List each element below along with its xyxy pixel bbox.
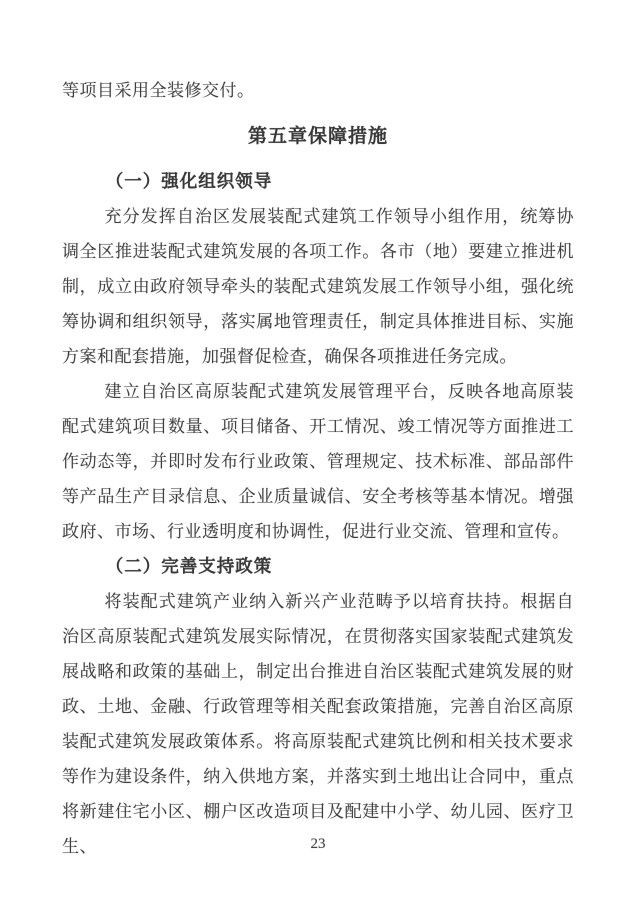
document-body: 等项目采用全装修交付。 第五章保障措施 （一）强化组织领导 充分发挥自治区发展装…	[62, 73, 574, 864]
continuation-line: 等项目采用全装修交付。	[62, 73, 574, 108]
section-heading-1: （一）强化组织领导	[62, 164, 574, 199]
section-heading-2: （二）完善支持政策	[62, 549, 574, 584]
page-number: 23	[0, 827, 636, 862]
chapter-title: 第五章保障措施	[62, 119, 574, 154]
paragraph-organization-1: 充分发挥自治区发展装配式建筑工作领导小组作用，统筹协调全区推进装配式建筑发展的各…	[62, 199, 574, 374]
document-page: 等项目采用全装修交付。 第五章保障措施 （一）强化组织领导 充分发挥自治区发展装…	[0, 0, 636, 900]
paragraph-organization-2: 建立自治区高原装配式建筑发展管理平台，反映各地高原装配式建筑项目数量、项目储备、…	[62, 374, 574, 549]
paragraph-policy-1: 将装配式建筑产业纳入新兴产业范畴予以培育扶持。根据自治区高原装配式建筑发展实际情…	[62, 584, 574, 864]
